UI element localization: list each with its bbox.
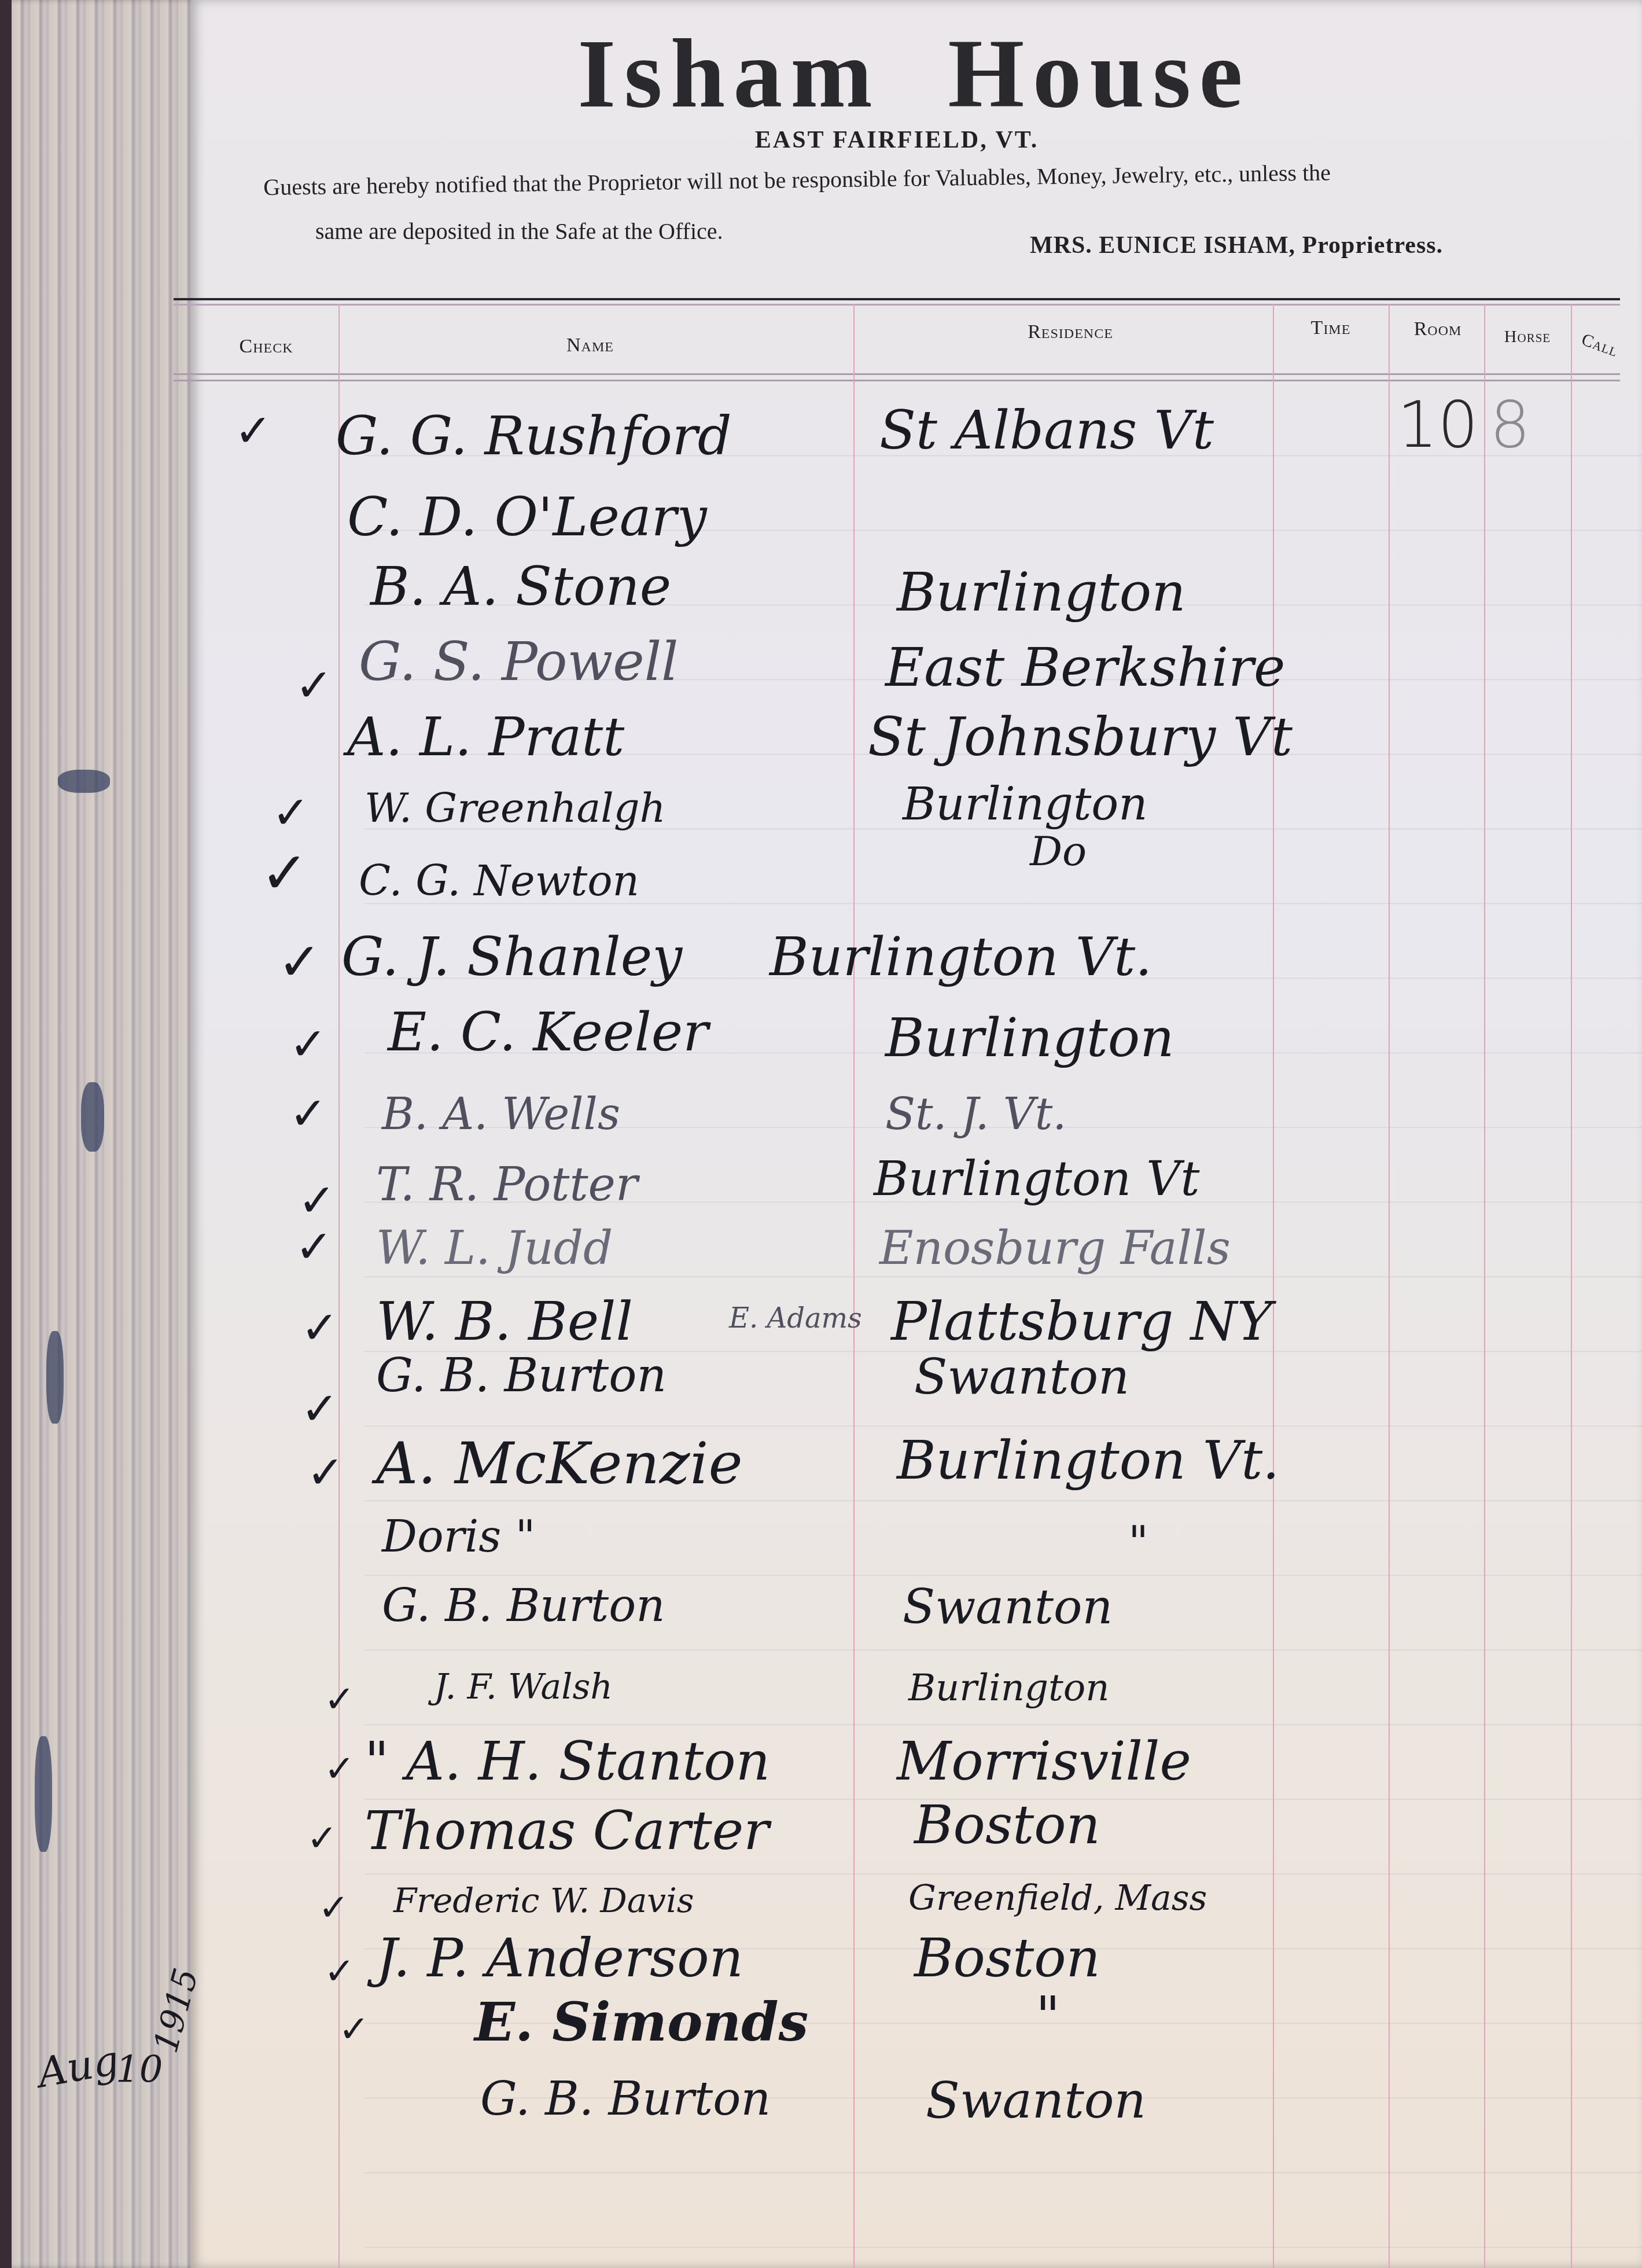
column-header-check: Check — [214, 336, 318, 358]
column-divider — [1273, 304, 1274, 2268]
guest-name: G. J. Shanley — [341, 926, 682, 988]
ink-stain — [81, 1082, 104, 1152]
check-mark: ✓ — [289, 1019, 327, 1071]
guest-name: B. A. Wells — [382, 1088, 620, 1139]
guest-name: W. B. Bell — [376, 1291, 633, 1352]
guest-residence: St. J. Vt. — [885, 1088, 1066, 1139]
guest-residence: Burlington — [908, 1667, 1109, 1710]
check-mark: ✓ — [324, 1748, 355, 1791]
ink-stain — [58, 770, 110, 793]
check-mark: ✓ — [278, 932, 321, 993]
check-mark: ✓ — [338, 2008, 370, 2051]
check-mark: ✓ — [295, 1221, 333, 1273]
guest-residence: " — [1036, 1985, 1060, 2047]
guest-name: J. P. Anderson — [376, 1927, 743, 1989]
guest-residence: Burlington Vt. — [770, 926, 1152, 988]
column-divider — [1484, 304, 1485, 2268]
liability-notice-line2: same are deposited in the Safe at the Of… — [315, 218, 894, 245]
guest-name: W. Greenhalgh — [365, 784, 666, 832]
date-day: 10 — [116, 2049, 163, 2091]
column-divider — [1571, 304, 1572, 2268]
guest-residence: Boston — [914, 1927, 1100, 1989]
check-mark: ✓ — [272, 787, 310, 839]
book-page-edges — [12, 0, 197, 2268]
ink-stain — [35, 1736, 52, 1852]
guest-name: Doris " — [382, 1510, 535, 1562]
column-divider — [1389, 304, 1390, 2268]
guest-residence: Greenfield, Mass — [908, 1878, 1207, 1918]
check-mark: ✓ — [260, 839, 309, 907]
guest-name-note: E. Adams — [729, 1302, 862, 1335]
guest-residence: East Berkshire — [885, 637, 1286, 699]
guest-name: W. L. Judd — [376, 1221, 613, 1275]
guest-name: G. B. Burton — [376, 1348, 667, 1402]
check-mark: ✓ — [318, 1887, 349, 1929]
header-rule-bottom — [174, 373, 1620, 381]
register-page: Isham House EAST FAIRFIELD, VT. Guests a… — [191, 0, 1642, 2268]
guest-residence: Burlington Vt. — [897, 1429, 1279, 1491]
guest-name: " A. H. Stanton — [365, 1730, 770, 1792]
room-number-secondary: 8 — [1490, 388, 1530, 462]
column-header-call: Call — [1569, 326, 1630, 365]
guest-residence: Boston — [914, 1794, 1100, 1856]
guest-residence: Burlington — [885, 1007, 1174, 1069]
guest-residence: Swanton — [914, 1348, 1129, 1405]
guest-residence: Plattsburg NY — [891, 1291, 1272, 1352]
column-header-residence: Residence — [937, 321, 1203, 343]
guest-residence: Swanton — [903, 1580, 1113, 1635]
check-mark: ✓ — [289, 1088, 327, 1140]
check-mark: ✓ — [307, 1447, 344, 1499]
check-mark: ✓ — [301, 1302, 338, 1354]
guest-name: A. McKenzie — [376, 1429, 743, 1497]
ink-stain — [46, 1331, 64, 1424]
hotel-title: Isham House — [503, 17, 1325, 130]
guest-name: Frederic W. Davis — [393, 1881, 694, 1920]
guest-residence: Burlington — [897, 561, 1186, 623]
guest-name: G. S. Powell — [359, 631, 679, 693]
guest-name: G. B. Burton — [480, 2072, 771, 2126]
column-header-horse: Horse — [1487, 327, 1568, 347]
check-mark: ✓ — [301, 1383, 338, 1435]
guest-name: C. D. O'Leary — [347, 486, 707, 548]
guest-residence: Do — [1030, 828, 1087, 875]
guest-residence: St Johnsbury Vt — [868, 706, 1293, 768]
guest-name: E. Simonds — [474, 1991, 808, 2053]
column-header-name: Name — [503, 334, 677, 356]
guest-name: A. L. Pratt — [347, 706, 624, 768]
column-divider — [853, 304, 855, 2268]
guest-name: C. G. Newton — [359, 857, 639, 905]
guest-name: J. F. Walsh — [434, 1667, 613, 1707]
check-mark: ✓ — [298, 1175, 336, 1227]
check-mark: ✓ — [307, 1817, 338, 1860]
guest-residence: Morrisville — [897, 1730, 1191, 1792]
header-rule-top — [174, 298, 1620, 306]
proprietor-name: MRS. EUNICE ISHAM, Proprietress. — [1030, 231, 1608, 259]
guest-name: B. A. Stone — [370, 556, 671, 617]
guest-residence: " — [1128, 1516, 1148, 1568]
guest-name: T. R. Potter — [376, 1157, 638, 1211]
check-mark: ✓ — [324, 1950, 355, 1993]
room-number: 10 — [1397, 388, 1478, 462]
guest-name: G. G. Rushford — [336, 405, 732, 467]
guest-name: G. B. Burton — [382, 1580, 665, 1632]
guest-residence: Enosburg Falls — [879, 1221, 1231, 1275]
column-header-time: Time — [1279, 317, 1383, 339]
guest-residence: Burlington — [903, 778, 1147, 830]
guest-name: Thomas Carter — [365, 1800, 769, 1862]
guest-residence: Swanton — [926, 2072, 1146, 2130]
column-header-room: Room — [1394, 318, 1481, 340]
check-mark: ✓ — [295, 660, 333, 712]
guest-name: E. C. Keeler — [388, 1001, 708, 1063]
check-mark: ✓ — [324, 1678, 355, 1721]
check-mark: ✓ — [234, 405, 272, 457]
hotel-location: EAST FAIRFIELD, VT. — [636, 126, 1157, 154]
liability-notice-line1: Guests are hereby notified that the Prop… — [263, 156, 1565, 201]
guest-residence: Burlington Vt — [874, 1152, 1199, 1207]
guest-residence: St Albans Vt — [879, 399, 1214, 461]
